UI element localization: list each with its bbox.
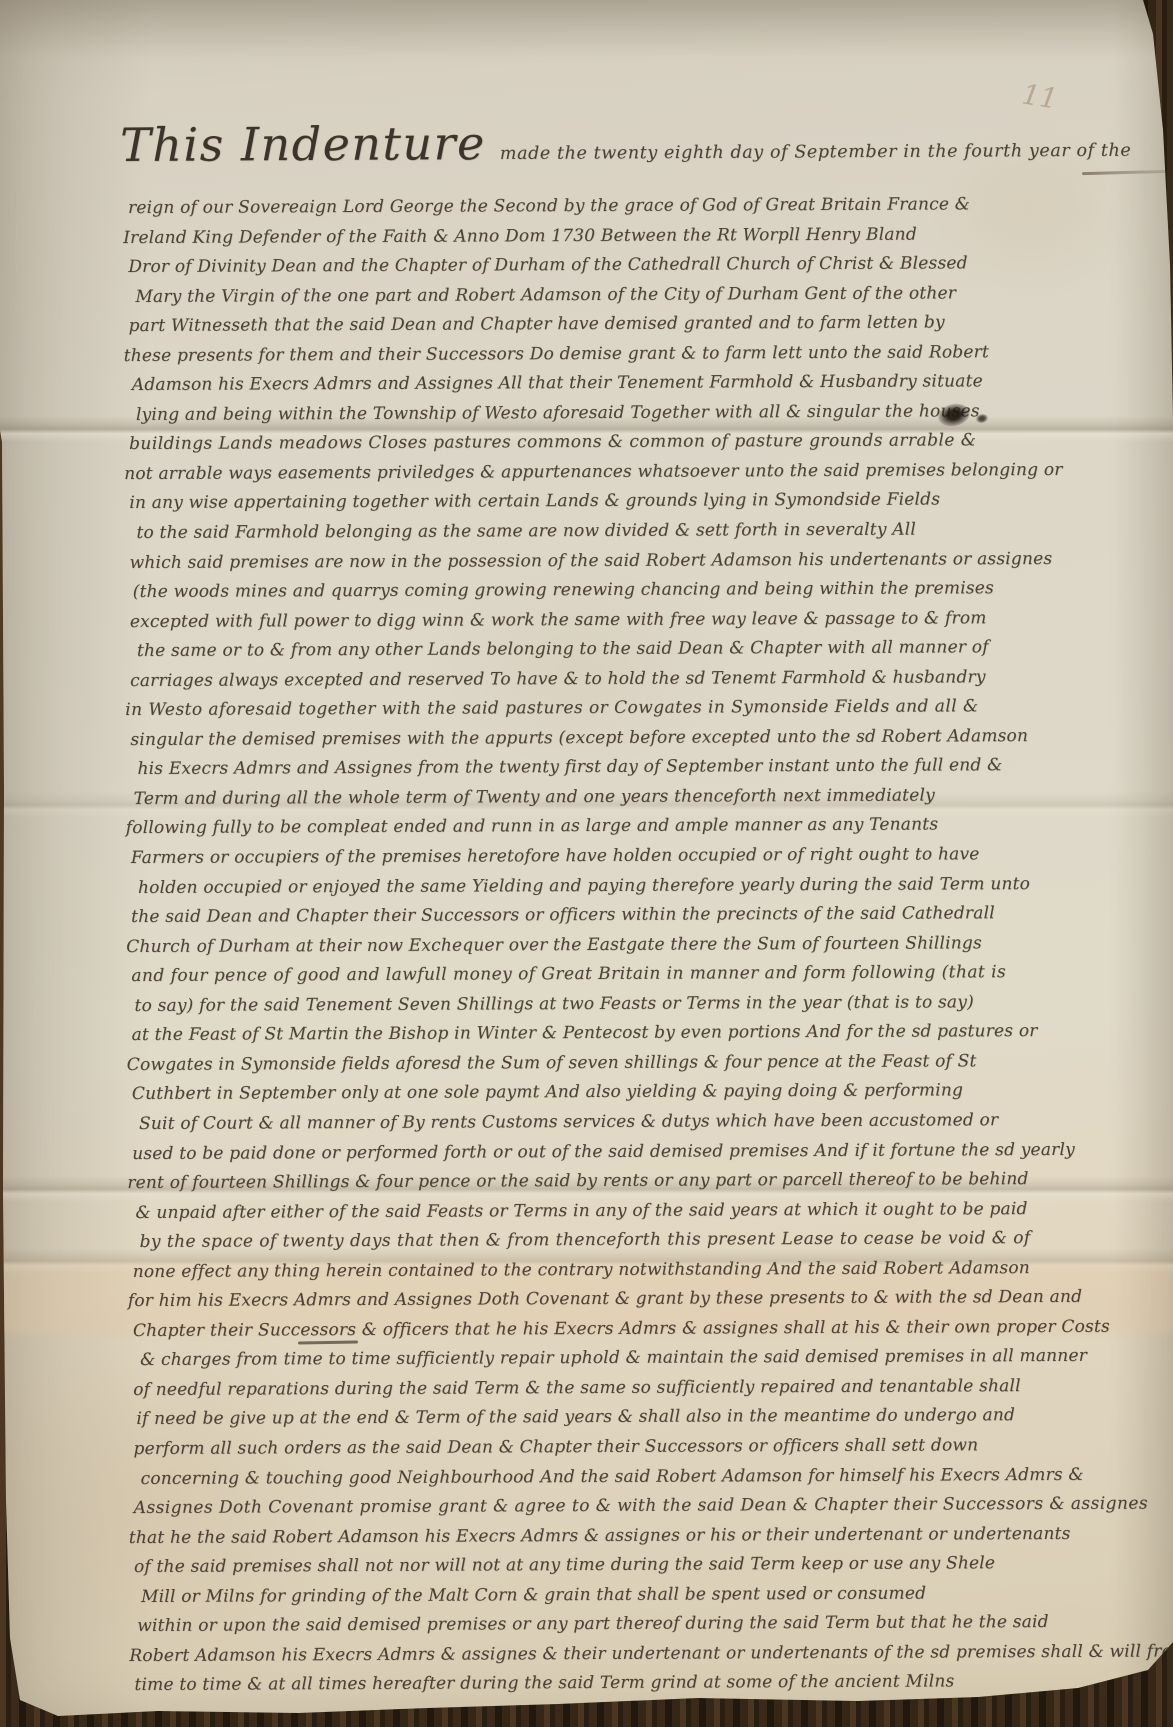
manuscript-line: lying and being within the Township of W…	[136, 401, 1069, 435]
manuscript-line: Chapter their Successors & officers that…	[133, 1317, 1073, 1351]
manuscript-line: his Execrs Admrs and Assignes from the t…	[137, 755, 1070, 789]
manuscript-line: Cowgates in Symonside fields aforesd the…	[127, 1051, 1072, 1085]
manuscript-line: Adamson his Execrs Admrs and Assignes Al…	[132, 371, 1069, 405]
manuscript-line: not arrable ways easements priviledges &…	[124, 460, 1069, 494]
manuscript-line: the same or to & from any other Lands be…	[137, 637, 1070, 671]
manuscript-line: of needful reparations during the said T…	[133, 1376, 1073, 1410]
manuscript-line: and four pence of good and lawfull money…	[131, 962, 1071, 996]
opening-line: This Indenturemade the twenty eighth day…	[120, 115, 1131, 171]
photo-of-indenture: { "document": { "description": "Photogra…	[0, 0, 1173, 1727]
manuscript-paper: 11 This Indenturemade the twenty eighth …	[0, 0, 1173, 1727]
manuscript-line: carriages always excepted and reserved T…	[130, 667, 1070, 701]
manuscript-line: singular the demised premises with the a…	[130, 726, 1070, 760]
manuscript-line: by the space of twenty days that then & …	[140, 1228, 1073, 1262]
manuscript-line: concerning & touching good Neighbourhood…	[141, 1464, 1074, 1498]
manuscript-line: Dror of Divinity Dean and the Chapter of…	[128, 253, 1068, 287]
opening-phrase: This Indenture	[120, 116, 486, 172]
manuscript-line: used to be paid done or performed forth …	[132, 1139, 1072, 1173]
manuscript-line: none effect any thing herein contained t…	[133, 1258, 1073, 1292]
manuscript-line: at the Feast of St Martin the Bishop in …	[132, 1021, 1072, 1055]
page-number: 11	[1020, 77, 1060, 115]
manuscript-line: Ireland King Defender of the Faith & Ann…	[123, 223, 1068, 257]
manuscript-line: Farmers or occupiers of the premises her…	[131, 844, 1071, 878]
manuscript-line: which said premises are now in the posse…	[130, 548, 1070, 582]
manuscript-line: Robert Adamson his Execrs Admrs & assign…	[129, 1642, 1074, 1676]
manuscript-line: rent of fourteen Shillings & four pence …	[127, 1169, 1072, 1203]
manuscript-line: that he the said Robert Adamson his Exec…	[129, 1523, 1074, 1557]
manuscript-line: to the said Farmhold belonging as the sa…	[136, 519, 1069, 553]
paper-top-shading	[0, 0, 1173, 58]
manuscript-line: Suit of Court & all manner of By rents C…	[139, 1110, 1072, 1144]
manuscript-line: these presents for them and their Succes…	[124, 342, 1069, 376]
manuscript-text-body: reign of our Sovereaign Lord George the …	[128, 194, 1075, 1705]
manuscript-line: Term and during all the whole term of Tw…	[134, 785, 1071, 819]
manuscript-line: part Witnesseth that the said Dean and C…	[129, 312, 1069, 346]
manuscript-line: excepted with full power to digg winn & …	[130, 608, 1070, 642]
manuscript-line: the said Dean and Chapter their Successo…	[131, 903, 1071, 937]
manuscript-line: to say) for the said Tenement Seven Shil…	[134, 992, 1071, 1026]
manuscript-line: holden occupied or enjoyed the same Yiel…	[138, 873, 1071, 907]
manuscript-line: Cuthbert in September only at one sole p…	[132, 1080, 1072, 1114]
manuscript-line: within or upon the said demised premises…	[137, 1612, 1074, 1646]
manuscript-line: & unpaid after either of the said Feasts…	[135, 1198, 1072, 1232]
manuscript-line: buildings Lands meadows Closes pastures …	[129, 430, 1069, 464]
manuscript-line: (the woods mines and quarrys coming grow…	[133, 578, 1070, 612]
manuscript-line: in any wise appertaining together with c…	[129, 489, 1069, 523]
manuscript-line: reign of our Sovereaign Lord George the …	[128, 194, 1068, 228]
manuscript-line: perform all such orders as the said Dean…	[133, 1435, 1073, 1469]
manuscript-line: Mary the Virgin of the one part and Robe…	[135, 283, 1068, 317]
manuscript-line: in Westo aforesaid together with the sai…	[125, 696, 1070, 730]
opening-line-continuation: made the twenty eighth day of September …	[500, 141, 1132, 164]
manuscript-line: Mill or Milns for grinding of the Malt C…	[141, 1583, 1074, 1617]
manuscript-line: following fully to be compleat ended and…	[126, 814, 1071, 848]
manuscript-line: & charges from time to time sufficiently…	[140, 1346, 1073, 1380]
manuscript-line: Church of Durham at their now Exchequer …	[126, 933, 1071, 967]
manuscript-line: Assignes Doth Covenant promise grant & a…	[134, 1494, 1074, 1528]
manuscript-line: for him his Execrs Admrs and Assignes Do…	[128, 1287, 1073, 1321]
manuscript-line: if need be give up at the end & Term of …	[136, 1405, 1073, 1439]
manuscript-line: of the said premises shall not nor will …	[134, 1553, 1074, 1587]
